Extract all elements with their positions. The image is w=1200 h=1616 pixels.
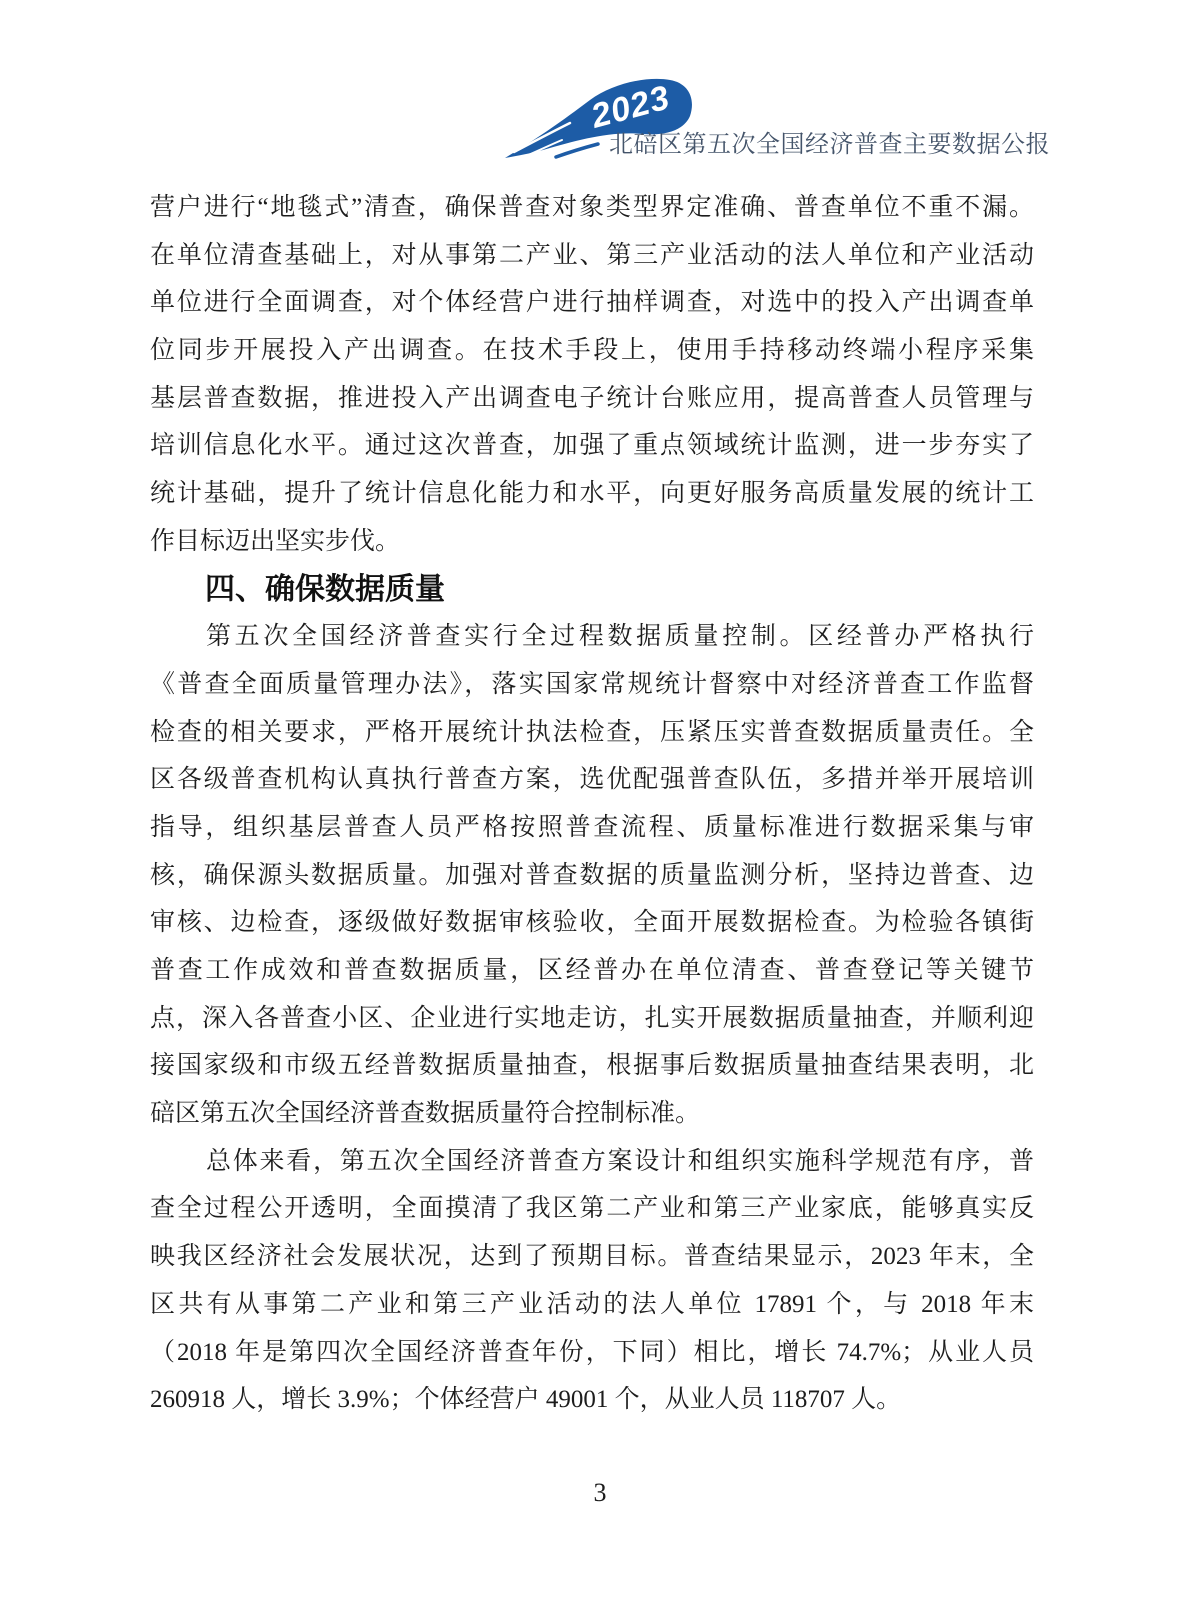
document-header-title: 北碚区第五次全国经济普查主要数据公报 — [600, 124, 1050, 159]
text-line: 培训信息化水平。通过这次普查，加强了重点领域统计监测，进一步夯实了 — [150, 422, 1034, 470]
text-line: 统计基础，提升了统计信息化能力和水平，向更好服务高质量发展的统计工 — [150, 470, 1034, 518]
text-line: 指导，组织基层普查人员严格按照普查流程、质量标准进行数据采集与审 — [150, 804, 1034, 852]
text-line: 位同步开展投入产出调查。在技术手段上，使用手持移动终端小程序采集 — [150, 327, 1034, 375]
document-body: 营户进行“地毯式”清查，确保普查对象类型界定准确、普查单位不重不漏。在单位清查基… — [150, 184, 1034, 1424]
text-line: 第五次全国经济普查实行全过程数据质量控制。区经普办严格执行 — [150, 613, 1034, 661]
text-line: 营户进行“地毯式”清查，确保普查对象类型界定准确、普查单位不重不漏。 — [150, 184, 1034, 232]
text-line: 接国家级和市级五经普数据质量抽查，根据事后数据质量抽查结果表明，北 — [150, 1042, 1034, 1090]
text-line: 区共有从事第二产业和第三产业活动的法人单位 17891 个，与 2018 年末 — [150, 1281, 1034, 1329]
text-line: 核，确保源头数据质量。加强对普查数据的质量监测分析，坚持边普查、边 — [150, 852, 1034, 900]
text-line: 区各级普查机构认真执行普查方案，选优配强普查队伍，多措并举开展培训 — [150, 756, 1034, 804]
text-line: 基层普查数据，推进投入产出调查电子统计台账应用，提高普查人员管理与 — [150, 375, 1034, 423]
section-heading: 四、确保数据质量 — [150, 566, 1034, 614]
text-line: 映我区经济社会发展状况，达到了预期目标。普查结果显示，2023 年末，全 — [150, 1233, 1034, 1281]
text-line: 普查工作成效和普查数据质量，区经普办在单位清查、普查登记等关键节 — [150, 947, 1034, 995]
text-line: 审核、边检查，逐级做好数据审核验收，全面开展数据检查。为检验各镇街 — [150, 899, 1034, 947]
page-header: 2023 北碚区第五次全国经济普查主要数据公报 — [0, 0, 1200, 180]
text-line: 在单位清查基础上，对从事第二产业、第三产业活动的法人单位和产业活动 — [150, 232, 1034, 280]
text-line: 碚区第五次全国经济普查数据质量符合控制标准。 — [150, 1090, 1034, 1138]
document-page: 2023 北碚区第五次全国经济普查主要数据公报 营户进行“地毯式”清查，确保普查… — [0, 0, 1200, 1616]
brushstroke-dash — [556, 144, 598, 157]
text-line: 作目标迈出坚实步伐。 — [150, 518, 1034, 566]
text-line: 《普查全面质量管理办法》，落实国家常规统计督察中对经济普查工作监督 — [150, 661, 1034, 709]
text-line: （2018 年是第四次全国经济普查年份，下同）相比，增长 74.7%；从业人员 — [150, 1329, 1034, 1377]
text-line: 总体来看，第五次全国经济普查方案设计和组织实施科学规范有序，普 — [150, 1138, 1034, 1186]
text-line: 单位进行全面调查，对个体经营户进行抽样调查，对选中的投入产出调查单 — [150, 279, 1034, 327]
page-number: 3 — [0, 1478, 1200, 1508]
text-line: 点，深入各普查小区、企业进行实地走访，扎实开展数据质量抽查，并顺利迎 — [150, 995, 1034, 1043]
text-line: 查全过程公开透明，全面摸清了我区第二产业和第三产业家底，能够真实反 — [150, 1185, 1034, 1233]
text-line: 260918 人，增长 3.9%；个体经营户 49001 个，从业人员 1187… — [150, 1376, 1034, 1424]
text-line: 检查的相关要求，严格开展统计执法检查，压紧压实普查数据质量责任。全 — [150, 709, 1034, 757]
